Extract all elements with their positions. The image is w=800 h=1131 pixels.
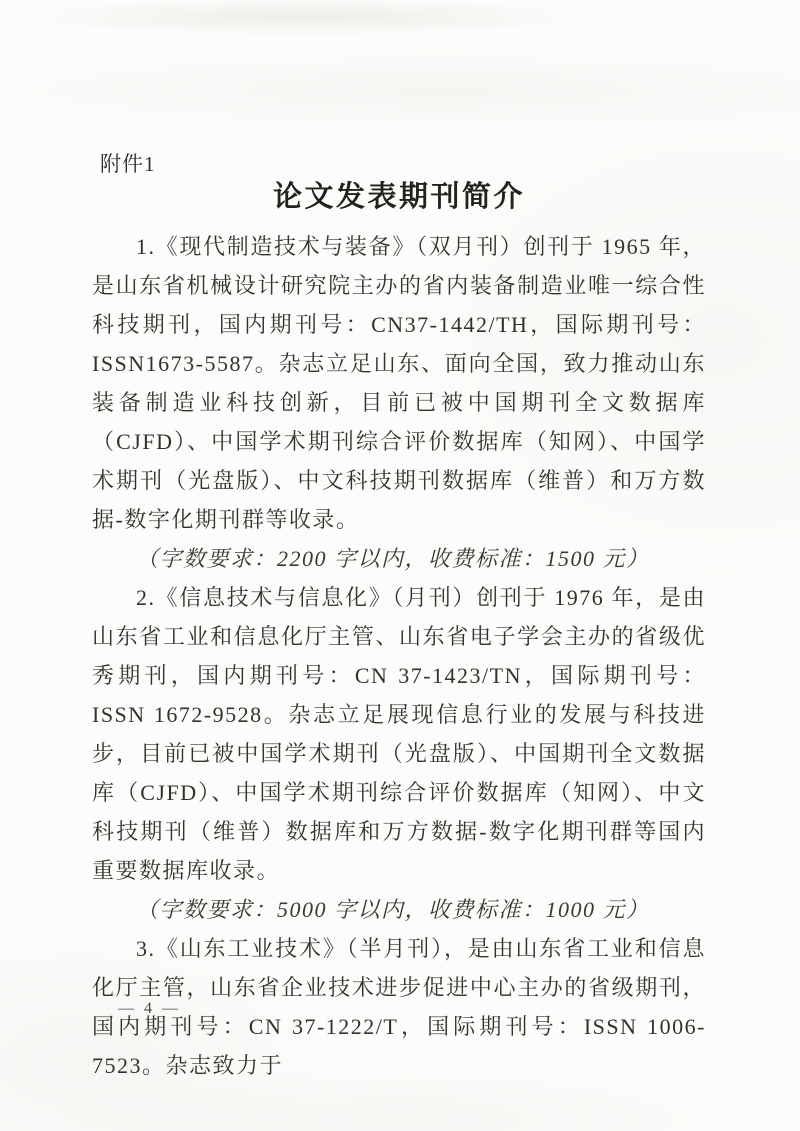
paragraph-journal-2: 2.《信息技术与信息化》（月刊）创刊于 1976 年，是由山东省工业和信息化厅主… [92, 578, 706, 890]
document-body: 1.《现代制造技术与装备》（双月刊）创刊于 1965 年，是山东省机械设计研究院… [92, 227, 706, 1085]
page-number: — 4 — [118, 1000, 181, 1018]
paragraph-journal-3: 3.《山东工业技术》（半月刊），是由山东省工业和信息化厅主管，山东省企业技术进步… [92, 929, 706, 1085]
paragraph-journal-1: 1.《现代制造技术与装备》（双月刊）创刊于 1965 年，是山东省机械设计研究院… [92, 227, 706, 539]
paragraph-journal-2-fee-note: （字数要求：5000 字以内，收费标准：1000 元） [92, 890, 706, 929]
paragraph-journal-1-fee-note: （字数要求：2200 字以内，收费标准：1500 元） [92, 539, 706, 578]
page-title: 论文发表期刊简介 [92, 174, 706, 215]
scanned-document-page: 附件1 论文发表期刊简介 1.《现代制造技术与装备》（双月刊）创刊于 1965 … [0, 0, 800, 1131]
